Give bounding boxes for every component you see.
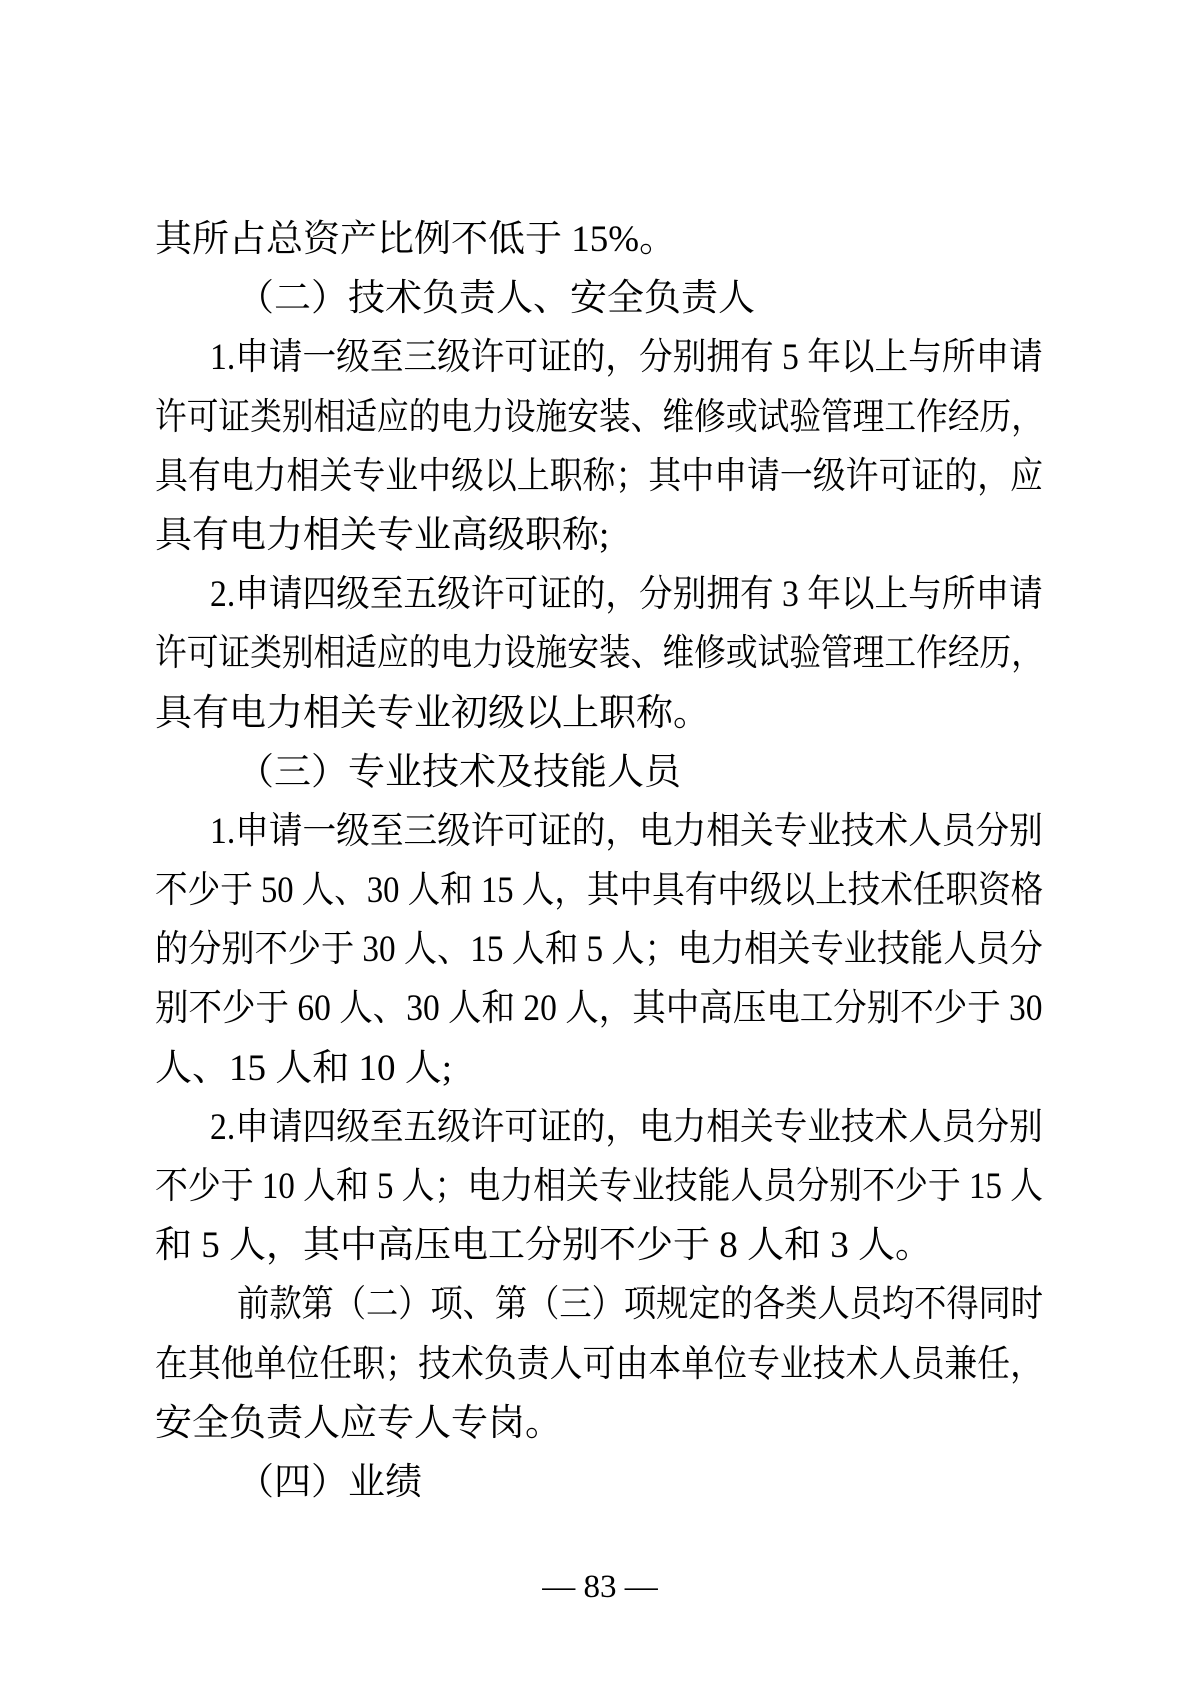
- body-line: 不少于 10 人和 5 人；电力相关专业技能人员分别不少于 15 人: [155, 1157, 1043, 1216]
- text-line-content: 人、15 人和 10 人;: [155, 1039, 452, 1098]
- body-line: 在其他单位任职；技术负责人可由本单位专业技术人员兼任，: [155, 1335, 1043, 1394]
- body-line: 许可证类别相适应的电力设施安装、维修或试验管理工作经历，: [155, 624, 1043, 683]
- text-line-content: 的分别不少于 30 人、15 人和 5 人；电力相关专业技能人员分: [155, 920, 1043, 979]
- paragraph-start-line: 1.申请一级至三级许可证的，电力相关专业技术人员分别: [155, 802, 1043, 861]
- text-line-content: 1.申请一级至三级许可证的，分别拥有 5 年以上与所申请: [210, 328, 1043, 387]
- body-line: 具有电力相关专业高级职称;: [155, 506, 1043, 565]
- text-line-content: 前款第（二）项、第（三）项规定的各类人员均不得同时: [237, 1275, 1043, 1334]
- text-line-content: 其所占总资产比例不低于 15%。: [155, 210, 676, 269]
- text-line-content: 许可证类别相适应的电力设施安装、维修或试验管理工作经历，: [155, 388, 1043, 447]
- text-line-content: 别不少于 60 人、30 人和 20 人，其中高压电工分别不少于 30: [155, 979, 1043, 1038]
- paragraph-start-line: 2.申请四级至五级许可证的，分别拥有 3 年以上与所申请: [155, 565, 1043, 624]
- body-line: 安全负责人应专人专岗。: [155, 1394, 1043, 1453]
- page-number: — 83 —: [0, 1568, 1200, 1606]
- body-line: 的分别不少于 30 人、15 人和 5 人；电力相关专业技能人员分: [155, 920, 1043, 979]
- text-line-content: 安全负责人应专人专岗。: [155, 1394, 562, 1453]
- body-line: 人、15 人和 10 人;: [155, 1039, 1043, 1098]
- body-line: 具有电力相关专业中级以上职称；其中申请一级许可证的，应: [155, 447, 1043, 506]
- paragraph-start-line: 1.申请一级至三级许可证的，分别拥有 5 年以上与所申请: [155, 328, 1043, 387]
- text-line-content: 不少于 10 人和 5 人；电力相关专业技能人员分别不少于 15 人: [155, 1157, 1043, 1216]
- body-line: 其所占总资产比例不低于 15%。: [155, 210, 1043, 269]
- text-line-content: 具有电力相关专业中级以上职称；其中申请一级许可证的，应: [155, 447, 1043, 506]
- paragraph-start-line: 2.申请四级至五级许可证的，电力相关专业技术人员分别: [155, 1098, 1043, 1157]
- body-line: 别不少于 60 人、30 人和 20 人，其中高压电工分别不少于 30: [155, 979, 1043, 1038]
- paragraph-start-line: 前款第（二）项、第（三）项规定的各类人员均不得同时: [155, 1275, 1043, 1334]
- text-line-content: 在其他单位任职；技术负责人可由本单位专业技术人员兼任，: [155, 1335, 1043, 1394]
- body-line: 许可证类别相适应的电力设施安装、维修或试验管理工作经历，: [155, 388, 1043, 447]
- text-line-content: （二）技术负责人、安全负责人: [237, 269, 755, 328]
- section-heading: （二）技术负责人、安全负责人: [155, 269, 1043, 328]
- text-line-content: 具有电力相关专业高级职称;: [155, 506, 609, 565]
- document-page: 其所占总资产比例不低于 15%。（二）技术负责人、安全负责人1.申请一级至三级许…: [0, 0, 1200, 1696]
- text-line-content: （三）专业技术及技能人员: [237, 743, 681, 802]
- text-line-content: 2.申请四级至五级许可证的，分别拥有 3 年以上与所申请: [210, 565, 1043, 624]
- text-line-content: 不少于 50 人、30 人和 15 人，其中具有中级以上技术任职资格: [155, 861, 1043, 920]
- text-line-content: 2.申请四级至五级许可证的，电力相关专业技术人员分别: [210, 1098, 1043, 1157]
- body-line: 不少于 50 人、30 人和 15 人，其中具有中级以上技术任职资格: [155, 861, 1043, 920]
- body-line: 和 5 人，其中高压电工分别不少于 8 人和 3 人。: [155, 1216, 1043, 1275]
- text-line-content: （四）业绩: [237, 1453, 422, 1512]
- document-body: 其所占总资产比例不低于 15%。（二）技术负责人、安全负责人1.申请一级至三级许…: [155, 210, 1043, 1512]
- text-line-content: 1.申请一级至三级许可证的，电力相关专业技术人员分别: [210, 802, 1043, 861]
- text-line-content: 具有电力相关专业初级以上职称。: [155, 684, 710, 743]
- text-line-content: 许可证类别相适应的电力设施安装、维修或试验管理工作经历，: [155, 624, 1043, 683]
- section-heading: （四）业绩: [155, 1453, 1043, 1512]
- body-line: 具有电力相关专业初级以上职称。: [155, 684, 1043, 743]
- section-heading: （三）专业技术及技能人员: [155, 743, 1043, 802]
- text-line-content: 和 5 人，其中高压电工分别不少于 8 人和 3 人。: [155, 1216, 932, 1275]
